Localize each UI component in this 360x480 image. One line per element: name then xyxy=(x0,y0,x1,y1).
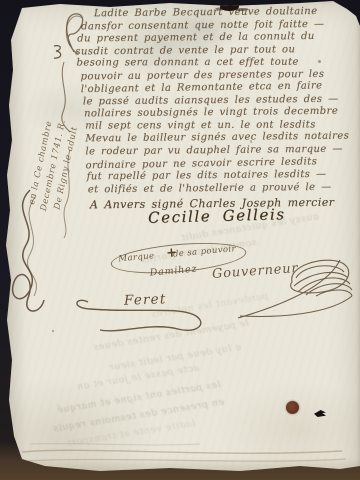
paper-sheet: Ladite Barbe Becquart veuve doultaine da… xyxy=(0,0,360,480)
paper-speck xyxy=(52,330,54,332)
manuscript-scan: Ladite Barbe Becquart veuve doultaine da… xyxy=(0,0,360,480)
ink-speck-mark xyxy=(314,410,326,417)
wax-spot xyxy=(286,401,299,414)
manuscript-body: Ladite Barbe Becquart veuve doultaine da… xyxy=(75,6,360,213)
ink-blot xyxy=(220,2,239,11)
signature-feret: Feret xyxy=(124,291,167,308)
paper-speck xyxy=(250,140,252,143)
manuscript-line: et olifiés et de l'hostellerie a prouvé … xyxy=(88,181,360,196)
bleedthrough-line: pardevant les notaires xyxy=(150,291,269,320)
paper-speck xyxy=(318,60,321,63)
